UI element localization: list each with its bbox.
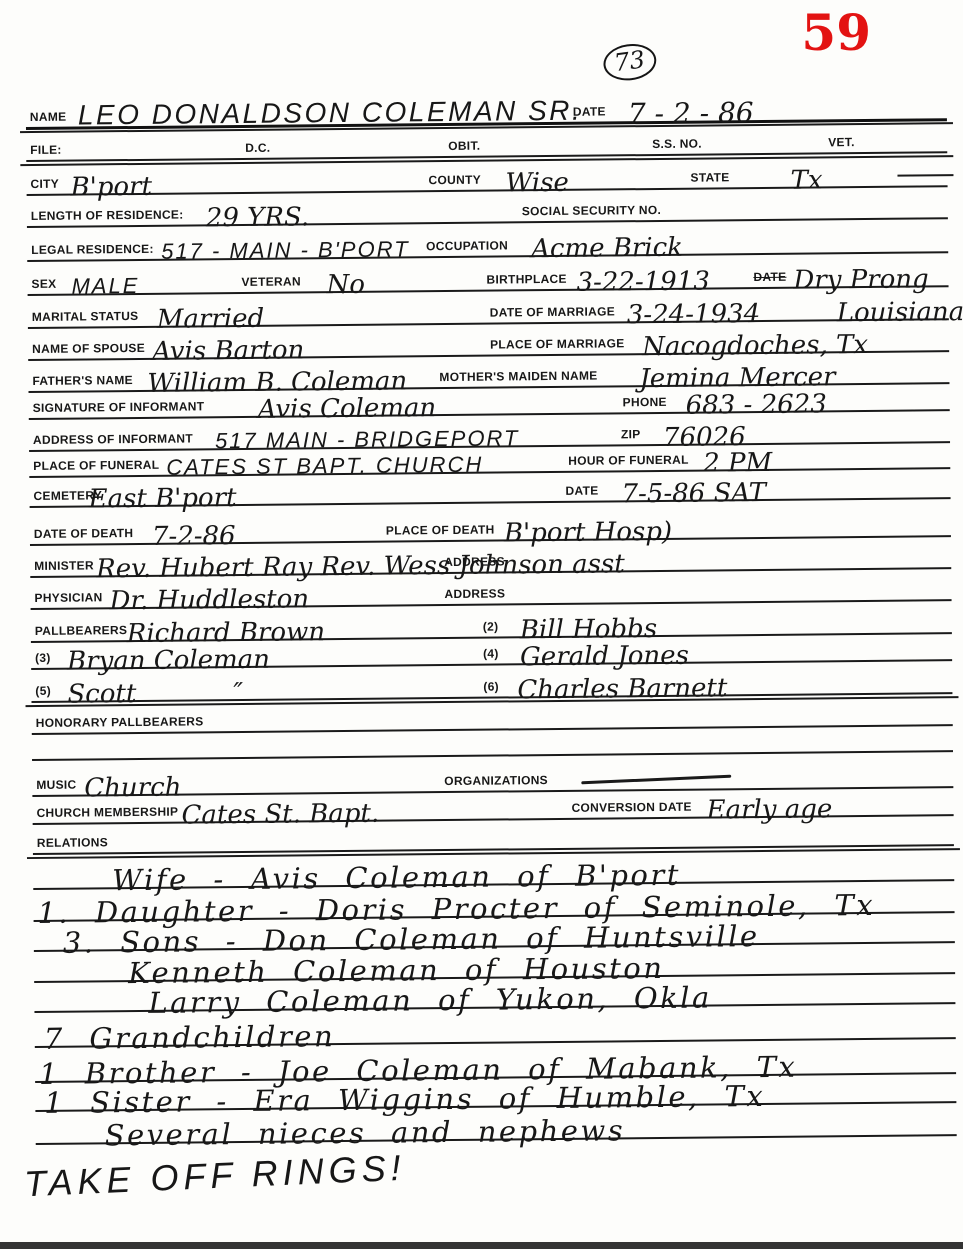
hour-of-funeral-label: HOUR OF FUNERAL: [568, 453, 689, 468]
name-value: LEO DONALDSON COLEMAN SR.: [78, 97, 583, 130]
vet-label: VET.: [828, 135, 855, 149]
pallbearer-5-value: Scott: [67, 681, 136, 708]
handwritten-note: TAKE OFF RINGS!: [23, 1147, 406, 1206]
pallbearer-1-value: Richard Brown: [127, 619, 325, 647]
relation-grandchildren: 7 Grandchildren: [44, 1022, 336, 1054]
length-of-residence-label: LENGTH OF RESIDENCE:: [31, 208, 184, 223]
spouse-value: Avis Barton: [152, 337, 304, 364]
birthplace-state-value: Louisiana: [837, 299, 963, 326]
father-name-label: FATHER'S NAME: [32, 373, 133, 388]
pallbearer-5-ditto-mark: ″: [233, 680, 243, 706]
marital-status-value: Married: [157, 306, 265, 333]
sex-value: MALE: [71, 275, 139, 298]
signature-of-informant-label: SIGNATURE OF INFORMANT: [33, 399, 205, 415]
minister-value: Rev. Hubert Ray Rev. Wess Johnson asst: [96, 551, 625, 582]
conversion-date-value: Early age: [706, 796, 832, 823]
zip-value: 76026: [663, 424, 746, 451]
occupation-label: OCCUPATION: [426, 238, 508, 253]
place-of-death-label: PLACE OF DEATH: [386, 523, 495, 538]
phone-value: 683 - 2623: [686, 391, 827, 418]
pallbearer-5-number: (5): [35, 684, 51, 698]
pallbearer-3-value: Bryan Coleman: [67, 647, 270, 675]
pallbearers-label: PALLBEARERS: [35, 623, 128, 638]
date-of-death-label: DATE OF DEATH: [34, 526, 134, 541]
social-security-label: SOCIAL SECURITY NO.: [522, 203, 661, 218]
occupation-value: Acme Brick: [531, 235, 683, 262]
place-of-funeral-value: CATES ST BAPT. CHURCH: [166, 454, 483, 479]
relation-sister: 1 Sister - Era Wiggins of Humble, Tx: [44, 1082, 765, 1118]
record-form: 73 NAME LEO DONALDSON COLEMAN SR. DATE 7…: [0, 0, 963, 1145]
name-label: NAME: [30, 110, 67, 124]
legal-residence-label: LEGAL RESIDENCE:: [31, 242, 154, 257]
minister-label: MINISTER: [34, 558, 94, 573]
pallbearer-6-value: Charles Barnett: [517, 675, 727, 703]
address-of-informant-label: ADDRESS OF INFORMANT: [33, 431, 193, 447]
date-of-marriage-value: 3-24-1934: [627, 301, 761, 328]
city-label: CITY: [30, 177, 59, 191]
music-label: MUSIC: [36, 778, 76, 792]
relation-son-larry: Larry Coleman of Yukon, Okla: [148, 983, 712, 1017]
hour-of-funeral-value: 2 PM: [703, 450, 772, 477]
file-label: FILE:: [30, 143, 62, 157]
date-value: 7 - 2 - 86: [628, 99, 754, 128]
length-of-residence-value: 29 YRS.: [206, 204, 309, 231]
pallbearer-3-number: (3): [35, 651, 51, 665]
scanned-funeral-record: { "header": { "page_number": "59", "circ…: [0, 0, 963, 1249]
relations-label: RELATIONS: [37, 835, 108, 850]
city-value: B'port: [70, 174, 152, 201]
music-value: Church: [84, 775, 181, 802]
organizations-label: ORGANIZATIONS: [444, 773, 548, 788]
page-number-stamp: 59: [801, 8, 871, 58]
place-of-marriage-value: Nacogdoches, Tx: [642, 332, 868, 360]
veteran-label: VETERAN: [241, 274, 301, 289]
relation-nieces-nephews: Several nieces and nephews: [105, 1116, 626, 1150]
county-label: COUNTY: [428, 173, 481, 188]
phone-label: PHONE: [623, 395, 667, 409]
county-value: Wise: [505, 170, 569, 197]
pallbearer-4-number: (4): [483, 647, 499, 661]
obit-label: OBIT.: [448, 139, 480, 153]
spouse-label: NAME OF SPOUSE: [32, 341, 145, 356]
funeral-date-label: DATE: [565, 484, 598, 498]
date-label-struck: DATE: [753, 270, 786, 284]
pallbearer-4-value: Gerald Jones: [520, 643, 689, 671]
signature-of-informant-value: Avis Coleman: [258, 395, 437, 423]
pallbearer-2-value: Bill Hobbs: [520, 616, 658, 643]
physician-value: Dr. Huddleston: [109, 586, 309, 614]
place-of-death-value: B'port Hosp): [504, 519, 672, 547]
pallbearer-2-number: (2): [483, 620, 499, 634]
zip-label: ZIP: [621, 427, 641, 441]
church-membership-label: CHURCH MEMBERSHIP: [36, 805, 178, 820]
birthplace-label: BIRTHPLACE: [486, 272, 566, 287]
mother-maiden-name-value: Jemina Mercer: [639, 364, 835, 392]
birthplace-place-value: Dry Prong: [793, 266, 928, 293]
conversion-date-label: CONVERSION DATE: [571, 800, 691, 815]
church-membership-value: Cates St. Bapt.: [181, 801, 379, 829]
organizations-dash-stroke: [581, 775, 731, 785]
address-of-informant-value: 517 MAIN - BRIDGEPORT: [215, 427, 520, 452]
funeral-date-value: 7-5-86 SAT: [621, 480, 766, 507]
cemetery-value: East B'port: [88, 485, 236, 512]
place-of-funeral-label: PLACE OF FUNERAL: [33, 458, 159, 473]
date-of-marriage-label: DATE OF MARRIAGE: [490, 304, 615, 319]
scan-edge-bar: [0, 1242, 963, 1249]
birthplace-value: 3-22-1913: [576, 268, 710, 295]
veteran-value: No: [326, 272, 365, 298]
honorary-pallbearers-label: HONORARY PALLBEARERS: [36, 714, 204, 730]
pallbearer-6-number: (6): [483, 680, 499, 694]
physician-address-label: ADDRESS: [444, 586, 505, 601]
marital-status-label: MARITAL STATUS: [32, 309, 139, 324]
dc-label: D.C.: [245, 141, 270, 155]
legal-residence-value: 517 - MAIN - B'PORT: [161, 238, 410, 262]
sex-label: SEX: [31, 277, 56, 291]
ssno-label: S.S. NO.: [652, 137, 702, 151]
date-of-death-value: 7-2-86: [152, 523, 236, 550]
state-label: STATE: [690, 170, 729, 184]
place-of-marriage-label: PLACE OF MARRIAGE: [490, 336, 625, 351]
father-name-value: William B. Coleman: [147, 368, 407, 396]
mother-maiden-name-label: MOTHER'S MAIDEN NAME: [439, 369, 597, 385]
physician-label: PHYSICIAN: [34, 590, 102, 605]
state-value: Tx: [790, 167, 822, 193]
